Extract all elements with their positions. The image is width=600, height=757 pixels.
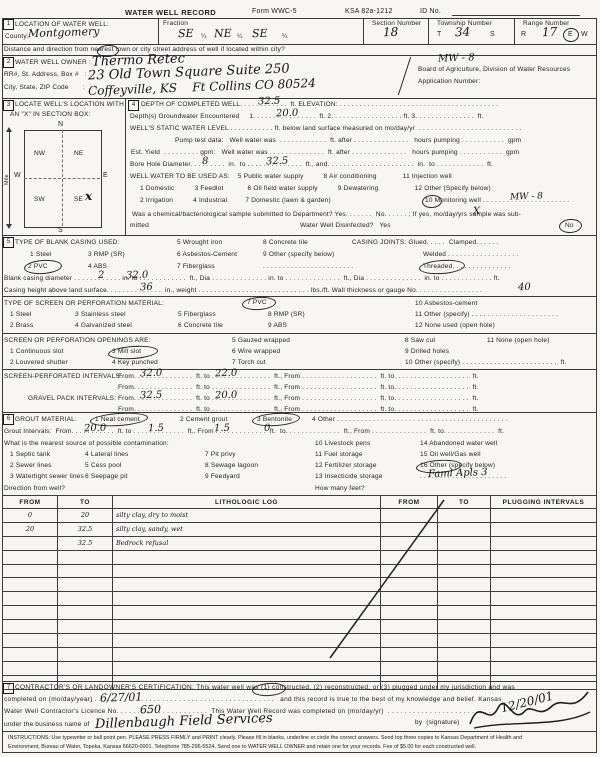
feet-question: How many feet?	[315, 485, 365, 492]
gravel-to-value: 20.0	[215, 390, 238, 402]
circle-annotation-monitoring	[422, 194, 443, 208]
grout-intervals-line: Grout Intervals: From. . . . . . . . . .…	[4, 428, 504, 435]
divider	[2, 731, 597, 732]
table-row	[3, 564, 597, 578]
certification-line-2: completed on (mo/day/year) . . . . . . .…	[4, 696, 502, 703]
cell-log-0: silty clay, dry to moist	[113, 509, 381, 523]
compass-n: N	[58, 121, 63, 128]
water-use-line-3a: 2 Irrigation 4 Industrial 7 Domestic (la…	[140, 197, 331, 204]
groundwater-1-value: 20.0	[276, 108, 299, 120]
section6-number: 6	[3, 414, 14, 425]
casing-other-dots: . . . . . . . . . . . . . . . . . . . . …	[263, 263, 353, 270]
screen-3: 3 Stainless steel	[75, 311, 126, 318]
table-row	[3, 578, 597, 592]
casing-4: 4 ABS	[88, 263, 107, 270]
divider	[2, 752, 597, 753]
section2-number: 2	[3, 57, 14, 68]
screen-6: 6 Concrete tile	[178, 322, 223, 329]
cell-to-1: 32.5	[58, 522, 113, 536]
screen-material-title: TYPE OF SCREEN OR PERFORATION MATERIAL:	[4, 300, 164, 307]
divider	[2, 44, 597, 45]
cell-to-0: 20	[58, 509, 113, 523]
contam-4: 4 Lateral lines	[85, 451, 128, 458]
fraction-1: SE	[178, 27, 194, 41]
gravel-intervals-line-2: From. . . . . . . . . . . . . . . ft. to…	[118, 406, 479, 413]
divider	[2, 369, 597, 370]
grout-title: GROUT MATERIAL:	[15, 416, 77, 423]
fraction-label: Fraction	[163, 20, 188, 27]
compass-s: S	[58, 227, 63, 234]
gauge-value: 40	[518, 282, 531, 293]
screen-from-value: 32.0	[140, 368, 163, 380]
cell-from-0: 0	[3, 509, 58, 523]
cell-to-2: 32.5	[58, 536, 113, 550]
locate-title-2: AN "X" IN SECTION BOX:	[10, 111, 91, 118]
section-box	[24, 130, 102, 228]
range-prefix: R	[521, 31, 526, 38]
instructions-line-1: INSTRUCTIONS: Use typewriter or ball poi…	[8, 735, 522, 741]
gravel-intervals-label: GRAVEL PACK INTERVALS:	[28, 395, 116, 402]
casing-height-value: 36	[140, 282, 153, 293]
casing-6: 6 Asbestos-Cement	[177, 251, 237, 258]
signature-label: by (signature)	[415, 719, 460, 726]
contam-other-value: Faml Apls 3	[428, 467, 488, 480]
contam-3: 3 Watertight sewer lines	[10, 473, 84, 480]
table-row	[3, 661, 597, 675]
gravel-intervals-line-1: From. . . . . . . . . . . . . . . ft. to…	[118, 395, 479, 402]
township-value: 34	[455, 25, 471, 40]
divider	[2, 18, 597, 19]
screen-intervals-line-1: From. . . . . . . . . . . . . . . ft. to…	[118, 373, 479, 380]
gravel-from-value: 32.5	[140, 390, 163, 402]
screen-1: 1 Steel	[10, 311, 32, 318]
sample-no-mark: X	[473, 206, 481, 217]
casing-3: 3 RMP (SR)	[88, 251, 125, 258]
joints-welded: Welded . . . . . . . . . . . . . . . . .…	[423, 251, 518, 258]
sample-question-cont: mitted	[130, 222, 149, 229]
screen-2: 2 Brass	[10, 322, 33, 329]
date-completed-value: 6/27/01	[100, 690, 143, 704]
opening-9: 9 Drilled holes	[405, 348, 449, 355]
mile-arrow-down	[6, 224, 12, 229]
divider	[428, 18, 429, 44]
cell-log-2: Bedrock refusal	[113, 536, 381, 550]
casing-8: 8 Concrete tile	[263, 239, 308, 246]
groundwater-line: Depth(s) Groundwater Encountered 1. . . …	[130, 113, 484, 120]
grout-4: 4 Other . . . . . . . . . . . . . . . . …	[312, 416, 508, 423]
opening-6: 6 Wire wrapped	[232, 348, 280, 355]
fraction-2: NE	[214, 27, 232, 41]
business-name-label: under the business name of	[4, 721, 89, 728]
locate-title-1: LOCATE WELL'S LOCATION WITH	[15, 101, 124, 108]
water-use-line-2: 1 Domestic 3 Feedlot 6 Oil field water s…	[140, 185, 491, 192]
quadrant-nw: NW	[34, 150, 45, 157]
water-use-line-3b: 10 Monitoring well . . . . . . . . . . .…	[425, 197, 569, 204]
mile-label: Mile	[4, 174, 10, 185]
section3-number: 3	[3, 100, 14, 111]
bore-depth-value: 32.5	[266, 156, 289, 168]
section4-number: 4	[128, 100, 139, 111]
section-box-horizontal-dash	[24, 178, 100, 179]
quarter-3: ¼	[282, 33, 288, 40]
casing-height-line: Casing height above land surface. . . . …	[4, 287, 482, 294]
opening-1: 1 Continuous slot	[10, 348, 64, 355]
contamination-question: What is the nearest source of possible c…	[4, 440, 169, 447]
section5-number: 5	[3, 237, 14, 248]
opening-4: 4 Key punched	[112, 359, 158, 366]
depth-completed-value: 32.5	[258, 96, 281, 108]
screen-12: 12 None used (open hole)	[415, 322, 495, 329]
pump-test-line: Pump test data: Well water was . . . . .…	[175, 137, 521, 144]
divider	[2, 98, 597, 99]
agency-label: Board of Agriculture, Division of Water …	[418, 66, 570, 73]
divider	[158, 18, 159, 44]
casing-diameter-line: Blank casing diameter . . . . . . . . . …	[4, 275, 500, 282]
table-row	[3, 606, 597, 620]
grout-from-1: 20.0	[84, 423, 107, 435]
quadrant-se: SE	[74, 196, 83, 203]
form-number: Form WWC-5	[252, 8, 297, 15]
handwritten-slash	[398, 57, 411, 95]
divider	[2, 333, 597, 334]
compass-w: W	[14, 172, 21, 179]
contam-6: 6 Seepage pit	[85, 473, 128, 480]
sample-question-line: Was a chemical/bacteriological sample su…	[132, 211, 521, 218]
water-use-line-1: WELL WATER TO BE USED AS: 5 Public water…	[130, 173, 452, 180]
screen-10: 10 Asbestos-cement	[415, 300, 478, 307]
township-prefix: T	[437, 31, 441, 38]
opening-8: 8 Saw cut	[405, 337, 435, 344]
bore-hole-line: Bore Hole Diameter. . . . . . . . . in. …	[130, 161, 493, 168]
contam-7: 7 Pit privy	[205, 451, 236, 458]
application-number-label: Application Number:	[418, 78, 480, 85]
quadrant-sw: SW	[34, 196, 45, 203]
table-row	[3, 592, 597, 606]
monitoring-well-id: MW - 8	[510, 191, 543, 202]
contam-1: 1 Septic tank	[10, 451, 50, 458]
well-location-mark: x	[85, 189, 93, 203]
opening-2: 2 Louvered shutter	[10, 359, 68, 366]
grout-to-1: 1.5	[148, 423, 164, 435]
circle-annotation-bentonite	[252, 411, 301, 427]
header-from-left: FROM	[3, 496, 58, 509]
openings-title: SCREEN OR PERFORATION OPENINGS ARE:	[4, 337, 151, 344]
grout-2: 2 Cement grout	[180, 416, 228, 423]
table-row: 0 20 silty clay, dry to moist	[3, 509, 597, 523]
county-label: County:	[5, 33, 29, 40]
section1-number: 1	[3, 19, 14, 30]
id-blank-line	[452, 15, 580, 16]
direction-question: Direction from well?	[4, 485, 65, 492]
bore-diameter-value: 8	[202, 156, 209, 167]
disinfected-line: Water Well Disinfected? Yes	[300, 222, 391, 229]
contam-10: 10 Livestock pens	[315, 440, 370, 447]
compass-e: E	[103, 172, 108, 179]
circle-annotation-threaded	[419, 258, 466, 275]
casing-diameter-value: 2	[98, 270, 105, 281]
screen-intervals-line-2: From. . . . . . . . . . . . . . . ft. to…	[118, 384, 479, 391]
quarter-1: ¼	[201, 33, 207, 40]
casing-joints-line: CASING JOINTS: Glued. . . . . Clamped. .…	[352, 239, 498, 246]
opening-5: 5 Gauzed wrapped	[232, 337, 290, 344]
casing-depth-value: 32.0	[126, 270, 149, 282]
cell-log-1: silty clay, sandy, wet	[113, 522, 381, 536]
cell-from-1: 20	[3, 522, 58, 536]
circle-annotation-disinfected-no	[559, 218, 583, 234]
opening-11: 11 None (open hole)	[487, 337, 550, 344]
casing-title: TYPE OF BLANK CASING USED:	[15, 239, 120, 246]
contam-14: 14 Abandoned water well	[420, 440, 497, 447]
owner-label: WATER WELL OWNER :	[15, 59, 91, 66]
township-suffix: S	[490, 31, 495, 38]
circle-annotation-pvc	[24, 259, 63, 276]
header-lithologic-log: LITHOLOGIC LOG	[113, 496, 381, 509]
header-from-right: FROM	[381, 496, 438, 509]
table-row	[3, 634, 597, 648]
table-row	[3, 550, 597, 564]
screen-9: 9 ABS	[268, 322, 287, 329]
cell-from-2	[3, 536, 58, 550]
section7-number: 7	[3, 683, 14, 694]
quarter-2: ¼	[237, 33, 243, 40]
opening-10: 10 Other (specify) . . . . . . . . . . .…	[405, 359, 567, 366]
divider	[125, 98, 126, 235]
table-header-row: FROM TO LITHOLOGIC LOG FROM TO PLUGGING …	[3, 496, 597, 509]
screen-11: 11 Other (specify) . . . . . . . . . . .…	[415, 311, 558, 318]
casing-9: 9 Other (specify below)	[263, 251, 334, 258]
form-title: WATER WELL RECORD	[125, 8, 216, 17]
fraction-3: SE	[252, 27, 268, 41]
divider	[2, 296, 597, 297]
screen-to-value: 22.0	[215, 368, 238, 380]
water-well-record-form: WATER WELL RECORD Form WWC-5 KSA 82a-121…	[0, 0, 600, 757]
range-west: W	[581, 31, 588, 38]
table-row	[3, 620, 597, 634]
casing-5: 5 Wrought iron	[177, 239, 222, 246]
county-value: Montgomery	[28, 25, 100, 40]
table-row: 20 32.5 silty clay, sandy, wet	[3, 522, 597, 536]
record-date-value: 12/20/01	[499, 689, 555, 716]
mile-arrow-up	[6, 127, 12, 132]
instructions-line-2: Environment, Bureau of Water, Topeka, Ka…	[8, 744, 476, 750]
contam-12: 12 Fertilizer storage	[315, 462, 377, 469]
address-label: RR#, St. Address, Box # :	[4, 71, 87, 78]
table-row	[3, 647, 597, 661]
quadrant-ne: NE	[74, 150, 83, 157]
screen-8: 8 RMP (SR)	[268, 311, 305, 318]
contam-2: 2 Sewer lines	[10, 462, 52, 469]
divider	[363, 18, 364, 44]
casing-1: 1 Steel	[30, 251, 52, 258]
city-label: City, State, ZIP Code :	[4, 84, 85, 91]
divider	[2, 235, 597, 236]
grout-to-2: 0	[264, 423, 271, 434]
header-to-left: TO	[58, 496, 113, 509]
section-number-value: 18	[383, 25, 399, 40]
casing-7: 7 Fiberglass	[177, 263, 215, 270]
depth-completed-line: DEPTH OF COMPLETED WELL. . . . . . . . .…	[141, 101, 498, 108]
contam-8: 8 Sewage lagoon	[205, 462, 258, 469]
table-row: 32.5 Bedrock refusal	[3, 536, 597, 550]
static-level-line: WELL'S STATIC WATER LEVEL . . . . . . . …	[130, 125, 521, 132]
contam-15: 15 Oil well/Gas well	[420, 451, 481, 458]
lithologic-log-table: FROM TO LITHOLOGIC LOG FROM TO PLUGGING …	[2, 495, 597, 690]
application-mw-value: MW - 8	[438, 52, 475, 64]
contam-13: 13 Insecticide storage	[315, 473, 383, 480]
contam-5: 5 Cess pool	[85, 462, 122, 469]
id-label: ID No.	[420, 8, 441, 15]
contam-11: 11 Fuel storage	[315, 451, 363, 458]
opening-7: 7 Torch cut	[232, 359, 266, 366]
circle-annotation-range-e	[563, 27, 580, 42]
est-yield-line: Est. Yield . . . . . . . . . gpm: Well w…	[131, 149, 519, 156]
screen-5: 5 Fiberglass	[178, 311, 216, 318]
grout-from-2: 1.5	[214, 423, 230, 435]
ksa-number: KSA 82a-1212	[345, 8, 393, 15]
screen-4: 4 Galvanized steel	[75, 322, 132, 329]
divider	[514, 18, 515, 44]
screen-intervals-label: SCREEN-PERFORATED INTERVALS:	[4, 373, 122, 380]
header-plugging-intervals: PLUGGING INTERVALS	[491, 496, 597, 509]
header-to-right: TO	[438, 496, 491, 509]
range-value: 17	[542, 25, 558, 40]
contam-9: 9 Feedyard	[205, 473, 240, 480]
